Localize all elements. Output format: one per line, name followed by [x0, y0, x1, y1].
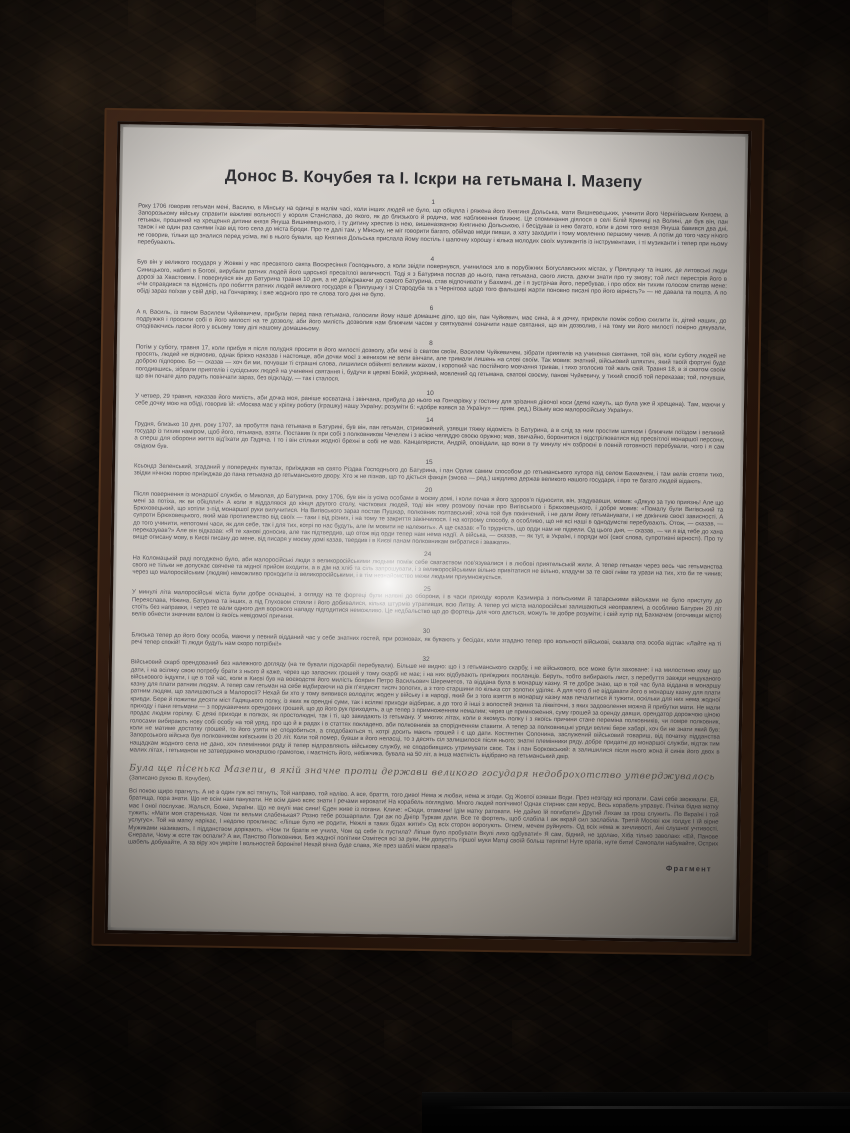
furniture-highlight-line — [446, 1106, 850, 1109]
document-section: 24 На Коломацькій раді погоджено було, а… — [132, 546, 722, 586]
document-section: 1 Року 1706 говорив гетьман мені, Василю… — [137, 194, 728, 256]
picture-frame: Донос В. Кочубея та І. Іскри на гетьмана… — [91, 108, 764, 956]
document-section: 20 Після повернення із монаршої служби, … — [133, 482, 724, 551]
section-text: Військовий скарб орендований без належно… — [129, 660, 720, 764]
document-title: Донос В. Кочубея та І. Іскри на гетьмана… — [138, 165, 728, 193]
document-section: 6 А я, Василь, із паном Василем Чуйкевич… — [136, 301, 726, 341]
document-section: 25 У минулі літа малоросійські міста бул… — [132, 581, 723, 628]
mazepa-song-text: Всі покою щиро прагнуть. А не в один гуж… — [128, 788, 719, 856]
section-text: Був він у великого государя у Жовкві у н… — [137, 260, 728, 306]
document-section: 10 У четвер, 29 травня, наказав його мил… — [135, 385, 725, 417]
document-section: 30 Близька тепер до його боку особа, маю… — [131, 624, 721, 656]
furniture-edge — [422, 1092, 850, 1133]
section-text: Року 1706 говорив гетьман мені, Василю, … — [137, 203, 728, 256]
document-section: 8 Потім у суботу, травня 17, коли прибув… — [135, 336, 726, 390]
document-section: 32 Військовий скарб орендований без нале… — [129, 651, 721, 764]
frame-inner-lip: Донос В. Кочубея та І. Іскри на гетьмана… — [105, 121, 752, 943]
document-section: 14 Грудня, близько 10 дня, року 1707, за… — [134, 413, 725, 460]
section-text: Потім у суботу, травня 17, коли прибув я… — [135, 344, 726, 390]
document-section: 4 Був він у великого государя у Жовкві у… — [137, 251, 728, 305]
section-text: Після повернення із монаршої служби, о М… — [133, 491, 724, 551]
fragment-label: Фрагмент — [128, 855, 718, 873]
document-paper: Донос В. Кочубея та І. Іскри на гетьмана… — [111, 127, 745, 937]
document-section: 15 Ксьондз Зеленський, згаданий у попере… — [134, 455, 724, 487]
